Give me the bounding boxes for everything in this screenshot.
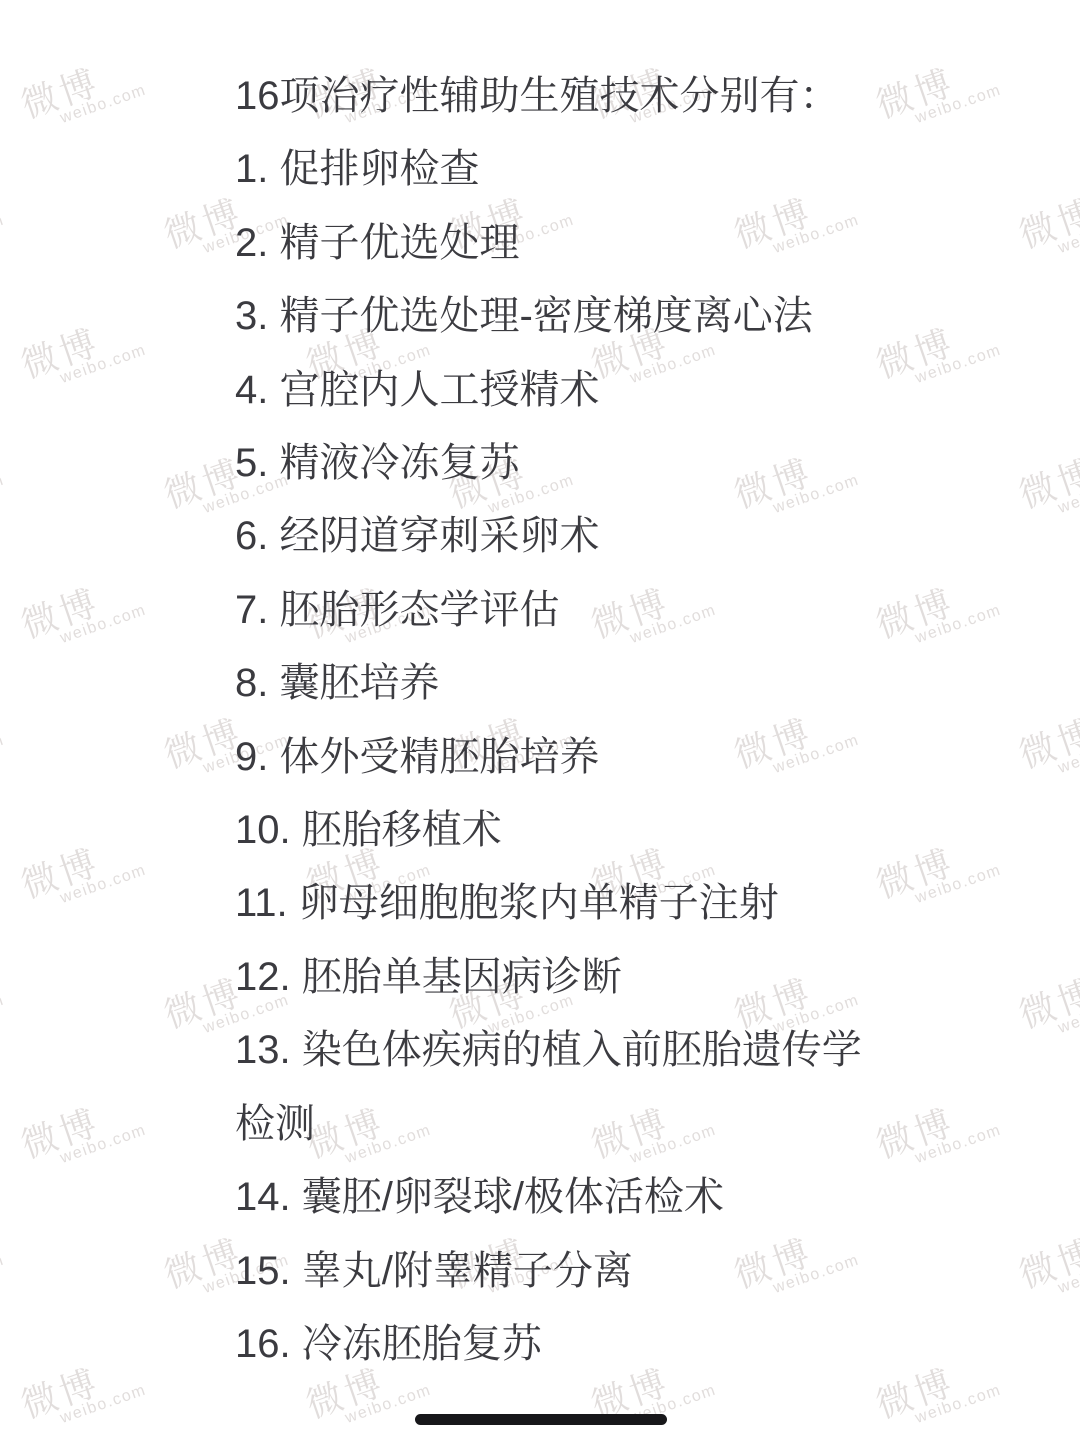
screenshot-root: 微博weibo.com微博weibo.com微博weibo.com微博weibo… bbox=[0, 0, 1080, 1440]
watermark-domain-text: weibo.com bbox=[0, 732, 7, 787]
watermark-logo-text: 微博 bbox=[1015, 180, 1080, 254]
weibo-watermark: 微博weibo.com bbox=[730, 0, 862, 7]
watermark-domain-text: weibo.com bbox=[0, 212, 7, 267]
watermark-logo-text: 微博 bbox=[17, 1090, 144, 1164]
watermark-logo-text: 微博 bbox=[872, 50, 999, 124]
weibo-watermark: 微博weibo.com bbox=[872, 1090, 1004, 1177]
weibo-watermark: 微博weibo.com bbox=[872, 570, 1004, 657]
weibo-watermark: 微博weibo.com bbox=[1015, 180, 1080, 267]
list-title: 16项治疗性辅助生殖技术分别有： bbox=[235, 60, 880, 133]
weibo-watermark: 微博weibo.com bbox=[872, 310, 1004, 397]
watermark-logo-text: 微博 bbox=[17, 830, 144, 904]
list-item-line: 14. 囊胚/卵裂球/极体活检术 bbox=[235, 1161, 880, 1234]
watermark-domain-text: weibo.com bbox=[0, 0, 7, 7]
weibo-watermark: 微博weibo.com bbox=[0, 960, 7, 1047]
watermark-logo-text: 微博 bbox=[872, 310, 999, 384]
weibo-watermark: 微博weibo.com bbox=[0, 0, 7, 7]
watermark-domain-text: weibo.com bbox=[1026, 992, 1080, 1047]
weibo-watermark: 微博weibo.com bbox=[872, 1350, 1004, 1437]
weibo-watermark: 微博weibo.com bbox=[17, 830, 149, 917]
watermark-logo-text: 微博 bbox=[17, 50, 144, 124]
watermark-domain-text: weibo.com bbox=[883, 82, 1004, 137]
watermark-logo-text: 微博 bbox=[1015, 700, 1080, 774]
watermark-domain-text: weibo.com bbox=[0, 1252, 7, 1307]
watermark-domain-text: weibo.com bbox=[1026, 0, 1080, 7]
watermark-domain-text: weibo.com bbox=[456, 0, 577, 7]
weibo-watermark: 微博weibo.com bbox=[872, 50, 1004, 137]
watermark-domain-text: weibo.com bbox=[0, 992, 7, 1047]
list-item-line: 16. 冷冻胚胎复苏 bbox=[235, 1308, 880, 1381]
watermark-domain-text: weibo.com bbox=[28, 1382, 149, 1437]
weibo-watermark: 微博weibo.com bbox=[1015, 960, 1080, 1047]
weibo-watermark: 微博weibo.com bbox=[160, 0, 292, 7]
list-item-line: 3. 精子优选处理-密度梯度离心法 bbox=[235, 280, 880, 353]
watermark-domain-text: weibo.com bbox=[313, 1382, 434, 1437]
watermark-domain-text: weibo.com bbox=[171, 0, 292, 7]
list-item-line: 13. 染色体疾病的植入前胚胎遗传学 bbox=[235, 1014, 880, 1087]
watermark-logo-text: 微博 bbox=[0, 960, 2, 1034]
watermark-domain-text: weibo.com bbox=[598, 1382, 719, 1437]
watermark-logo-text: 微博 bbox=[0, 700, 2, 774]
watermark-logo-text: 微博 bbox=[872, 570, 999, 644]
watermark-domain-text: weibo.com bbox=[741, 0, 862, 7]
watermark-domain-text: weibo.com bbox=[28, 342, 149, 397]
watermark-logo-text: 微博 bbox=[872, 1090, 999, 1164]
list-item-line: 5. 精液冷冻复苏 bbox=[235, 427, 880, 500]
list-item-line: 8. 囊胚培养 bbox=[235, 647, 880, 720]
watermark-logo-text: 微博 bbox=[0, 180, 2, 254]
list-item-line: 4. 宫腔内人工授精术 bbox=[235, 354, 880, 427]
watermark-domain-text: weibo.com bbox=[883, 862, 1004, 917]
watermark-domain-text: weibo.com bbox=[28, 602, 149, 657]
watermark-logo-text: 微博 bbox=[0, 440, 2, 514]
watermark-logo-text: 微博 bbox=[1015, 960, 1080, 1034]
list-item-line: 12. 胚胎单基因病诊断 bbox=[235, 941, 880, 1014]
watermark-domain-text: weibo.com bbox=[28, 862, 149, 917]
watermark-logo-text: 微博 bbox=[0, 1220, 2, 1294]
watermark-logo-text: 微博 bbox=[872, 830, 999, 904]
watermark-domain-text: weibo.com bbox=[28, 1122, 149, 1177]
watermark-domain-text: weibo.com bbox=[0, 472, 7, 527]
watermark-domain-text: weibo.com bbox=[1026, 212, 1080, 267]
list-item-line: 9. 体外受精胚胎培养 bbox=[235, 721, 880, 794]
list-item-line: 7. 胚胎形态学评估 bbox=[235, 574, 880, 647]
watermark-logo-text: 微博 bbox=[1015, 440, 1080, 514]
list-item-line: 2. 精子优选处理 bbox=[235, 207, 880, 280]
watermark-domain-text: weibo.com bbox=[1026, 1252, 1080, 1307]
watermark-logo-text: 微博 bbox=[17, 570, 144, 644]
weibo-watermark: 微博weibo.com bbox=[17, 570, 149, 657]
list-item-line: 15. 睾丸/附睾精子分离 bbox=[235, 1235, 880, 1308]
list-item-line: 检测 bbox=[235, 1088, 880, 1161]
watermark-logo-text: 微博 bbox=[17, 310, 144, 384]
watermark-logo-text: 微博 bbox=[1015, 1220, 1080, 1294]
list-item-line: 1. 促排卵检查 bbox=[235, 133, 880, 206]
weibo-watermark: 微博weibo.com bbox=[1015, 700, 1080, 787]
watermark-domain-text: weibo.com bbox=[1026, 732, 1080, 787]
weibo-watermark: 微博weibo.com bbox=[17, 310, 149, 397]
weibo-watermark: 微博weibo.com bbox=[17, 50, 149, 137]
text-content: 16项治疗性辅助生殖技术分别有： 1. 促排卵检查2. 精子优选处理3. 精子优… bbox=[235, 60, 880, 1381]
home-indicator-bar[interactable] bbox=[415, 1414, 667, 1425]
list-item-line: 6. 经阴道穿刺采卵术 bbox=[235, 500, 880, 573]
watermark-logo-text: 微博 bbox=[17, 1350, 144, 1424]
list-item-line: 11. 卵母细胞胞浆内单精子注射 bbox=[235, 867, 880, 940]
weibo-watermark: 微博weibo.com bbox=[1015, 0, 1080, 7]
weibo-watermark: 微博weibo.com bbox=[872, 830, 1004, 917]
weibo-watermark: 微博weibo.com bbox=[0, 1220, 7, 1307]
watermark-domain-text: weibo.com bbox=[1026, 472, 1080, 527]
weibo-watermark: 微博weibo.com bbox=[17, 1350, 149, 1437]
weibo-watermark: 微博weibo.com bbox=[1015, 1220, 1080, 1307]
weibo-watermark: 微博weibo.com bbox=[445, 0, 577, 7]
watermark-logo-text: 微博 bbox=[872, 1350, 999, 1424]
watermark-domain-text: weibo.com bbox=[883, 1122, 1004, 1177]
weibo-watermark: 微博weibo.com bbox=[0, 180, 7, 267]
watermark-domain-text: weibo.com bbox=[28, 82, 149, 137]
weibo-watermark: 微博weibo.com bbox=[0, 700, 7, 787]
watermark-domain-text: weibo.com bbox=[883, 342, 1004, 397]
watermark-domain-text: weibo.com bbox=[883, 1382, 1004, 1437]
watermark-domain-text: weibo.com bbox=[883, 602, 1004, 657]
list-item-line: 10. 胚胎移植术 bbox=[235, 794, 880, 867]
weibo-watermark: 微博weibo.com bbox=[17, 1090, 149, 1177]
weibo-watermark: 微博weibo.com bbox=[1015, 440, 1080, 527]
weibo-watermark: 微博weibo.com bbox=[0, 440, 7, 527]
